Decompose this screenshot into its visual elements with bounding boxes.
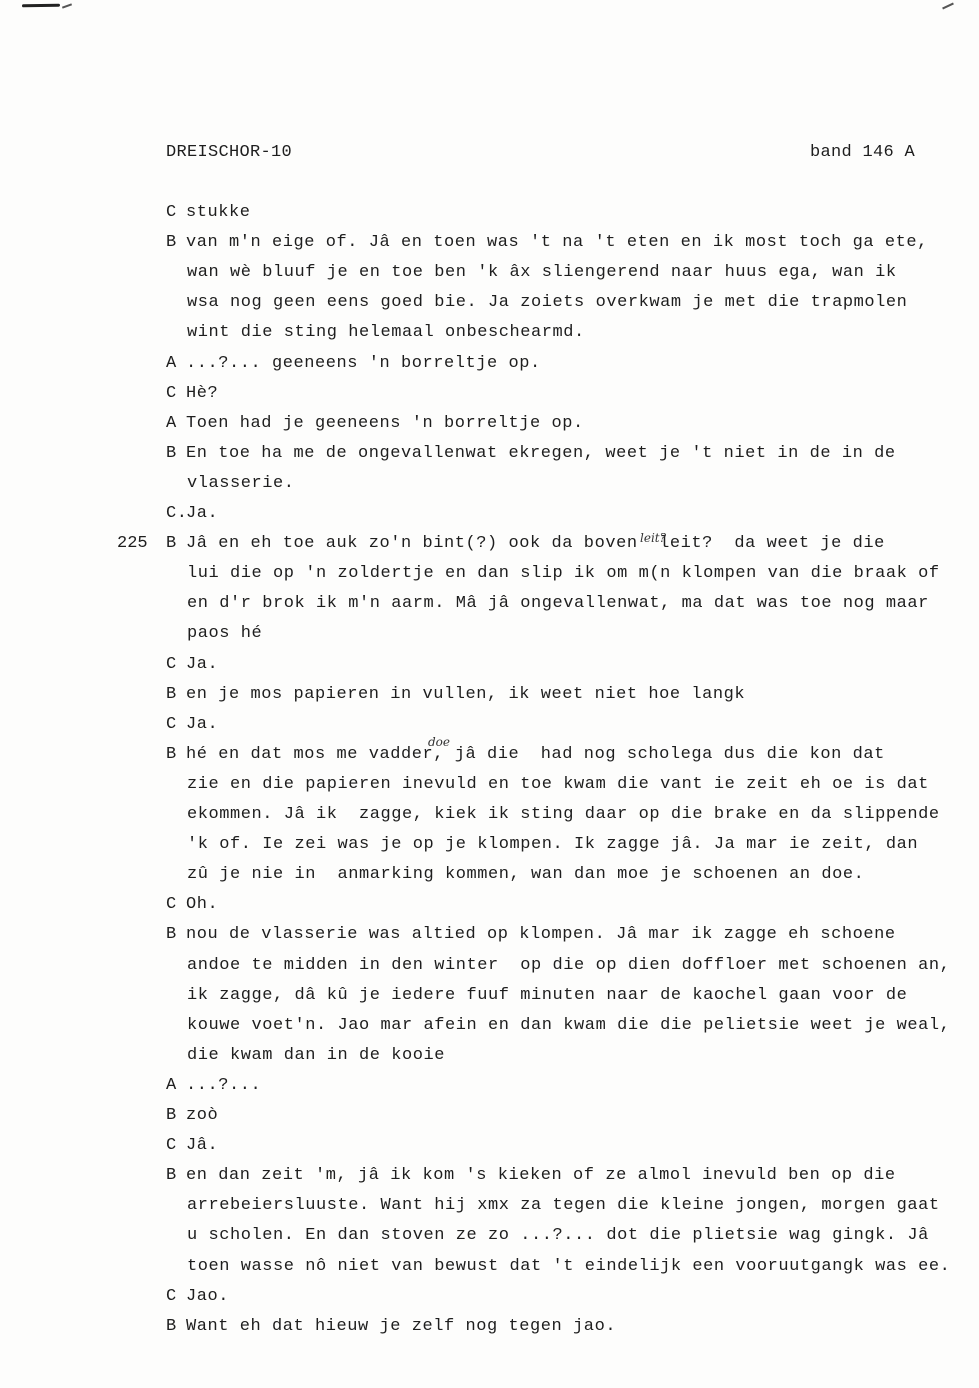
utterance-text: arrebeiersluuste. Want hij xmx za tegen … [187,1196,940,1215]
transcript-line: A...?... geeneens 'n borreltje op. [166,354,541,374]
utterance-text: Want eh dat hieuw je zelf nog tegen jao. [186,1317,616,1336]
speaker-label: B [166,1317,186,1337]
transcript-line: BEn toe ha me de ongevallenwat ekregen, … [166,444,896,464]
utterance-text: Jao. [186,1287,229,1306]
utterance-text: nou de vlasserie was altied op klompen. … [186,925,896,944]
transcript-line: Ben je mos papieren in vullen, ik weet n… [166,685,745,705]
utterance-text: wan wè bluuf je en toe ben 'k âx slienge… [187,263,897,282]
transcript-line: en d'r brok ik m'n aarm. Mâ jâ ongevalle… [187,594,929,614]
transcript-line: wsa nog geen eens goed bie. Ja zoiets ov… [187,293,907,313]
transcript-line: CJâ. [166,1136,218,1156]
utterance-text: zoò [186,1106,218,1125]
utterance-text: paos hé [187,624,262,643]
scan-mark [942,3,954,10]
utterance-text: ...?... [186,1076,261,1095]
transcript-line: lui die op 'n zoldertje en dan slip ik o… [187,564,940,584]
transcript-line: ekommen. Jâ ik zagge, kiek ik sting daar… [187,805,940,825]
transcript-line: CJa. [166,715,218,735]
utterance-text: en d'r brok ik m'n aarm. Mâ jâ ongevalle… [187,594,929,613]
transcript-line: Cstukke [166,203,251,223]
transcript-line: 'k of. Ie zei was je op je klompen. Ik z… [187,835,918,855]
transcript-line: Bnou de vlasserie was altied op klompen.… [166,925,896,945]
utterance-text: zie en die papieren inevuld en toe kwam … [187,775,929,794]
utterance-text: vlasserie. [187,474,295,493]
utterance-text: toen wasse nô niet van bewust dat 't ein… [187,1257,950,1276]
transcript-line: A...?... [166,1076,261,1096]
speaker-label: C [166,203,186,223]
speaker-label: C [166,715,186,735]
speaker-label: C [166,655,186,675]
transcript-line: Bvan m'n eige of. Jâ en toen was 't na '… [166,233,928,253]
utterance-text: en dan zeit 'm, jâ ik kom 's kieken of z… [186,1166,896,1185]
utterance-text: Ja. [186,655,218,674]
utterance-text: Hè? [186,384,218,403]
utterance-text: 'k of. Ie zei was je op je klompen. Ik z… [187,835,918,854]
speaker-label: C [166,384,186,404]
transcript-line: COh. [166,895,218,915]
speaker-label: B [166,534,186,554]
utterance-text: kouwe voet'n. Jao mar afein en dan kwam … [187,1016,950,1035]
utterance-text: wint die sting helemaal onbeschearmd. [187,323,585,342]
speaker-label: C. [166,504,186,524]
utterance-text: u scholen. En dan stoven ze zo ...?... d… [187,1226,929,1245]
transcript-line: AToen had je geeneens 'n borreltje op. [166,414,584,434]
utterance-text: wsa nog geen eens goed bie. Ja zoiets ov… [187,293,907,312]
utterance-text: stukke [186,203,251,222]
speaker-label: B [166,1106,186,1126]
transcript-line: CHè? [166,384,218,404]
speaker-label: A [166,1076,186,1096]
transcript-line: wan wè bluuf je en toe ben 'k âx slienge… [187,263,897,283]
handwritten-annotation-doe: doe [428,735,450,749]
document-page: DREISCHOR-10 band 146 A CstukkeBvan m'n … [0,0,979,1388]
utterance-text: zû je nie in anmarking kommen, wan dan m… [187,865,864,884]
utterance-text: Jâ. [186,1136,218,1155]
scan-mark [62,3,72,8]
speaker-label: B [166,233,186,253]
transcript-line: Ben dan zeit 'm, jâ ik kom 's kieken of … [166,1166,896,1186]
utterance-text: Ja. [186,504,218,523]
transcript-line: wint die sting helemaal onbeschearmd. [187,323,585,343]
utterance-text: ik zagge, dâ kû je iedere fuuf minuten n… [187,986,907,1005]
transcript-line: CJa. [166,655,218,675]
speaker-label: C [166,895,186,915]
utterance-text: van m'n eige of. Jâ en toen was 't na 't… [186,233,928,252]
speaker-label: B [166,925,186,945]
utterance-text: die kwam dan in de kooie [187,1046,445,1065]
speaker-label: C [166,1136,186,1156]
utterance-text: ekommen. Jâ ik zagge, kiek ik sting daar… [187,805,940,824]
scan-mark [22,4,60,8]
transcript-line: zû je nie in anmarking kommen, wan dan m… [187,865,864,885]
transcript-line: zie en die papieren inevuld en toe kwam … [187,775,929,795]
utterance-text: Toen had je geeneens 'n borreltje op. [186,414,584,433]
handwritten-annotation-leit: leit? [640,531,666,545]
speaker-label: B [166,745,186,765]
utterance-text: ...?... geeneens 'n borreltje op. [186,354,541,373]
transcript-line: kouwe voet'n. Jao mar afein en dan kwam … [187,1016,950,1036]
utterance-text: Ja. [186,715,218,734]
transcript-line: ik zagge, dâ kû je iedere fuuf minuten n… [187,986,907,1006]
transcript-line: C.Ja. [166,504,218,524]
utterance-text: andoe te midden in den winter op die op … [187,956,950,975]
transcript-line: CJao. [166,1287,229,1307]
document-id: DREISCHOR-10 [166,143,292,162]
tape-reference: band 146 A [810,143,915,162]
transcript-line: die kwam dan in de kooie [187,1046,445,1066]
speaker-label: B [166,1166,186,1186]
transcript-line: Bzoò [166,1106,218,1126]
utterance-text: Oh. [186,895,218,914]
transcript-line: toen wasse nô niet van bewust dat 't ein… [187,1257,950,1277]
transcript-line: andoe te midden in den winter op die op … [187,956,950,976]
transcript-line: BJâ en eh toe auk zo'n bint(?) ook da bo… [166,534,885,554]
utterance-text: lui die op 'n zoldertje en dan slip ik o… [187,564,940,583]
transcript-line: vlasserie. [187,474,295,494]
utterance-text: en je mos papieren in vullen, ik weet ni… [186,685,745,704]
speaker-label: A [166,414,186,434]
speaker-label: A [166,354,186,374]
transcript-line: Bhé en dat mos me vadder, jâ die had nog… [166,745,885,765]
speaker-label: B [166,444,186,464]
utterance-text: Jâ en eh toe auk zo'n bint(?) ook da bov… [186,534,885,553]
speaker-label: C [166,1287,186,1307]
line-number: 225 [117,534,148,553]
utterance-text: hé en dat mos me vadder, jâ die had nog … [186,745,885,764]
transcript-line: arrebeiersluuste. Want hij xmx za tegen … [187,1196,940,1216]
transcript-line: u scholen. En dan stoven ze zo ...?... d… [187,1226,929,1246]
speaker-label: B [166,685,186,705]
transcript-line: paos hé [187,624,262,644]
transcript-line: BWant eh dat hieuw je zelf nog tegen jao… [166,1317,616,1337]
utterance-text: En toe ha me de ongevallenwat ekregen, w… [186,444,896,463]
